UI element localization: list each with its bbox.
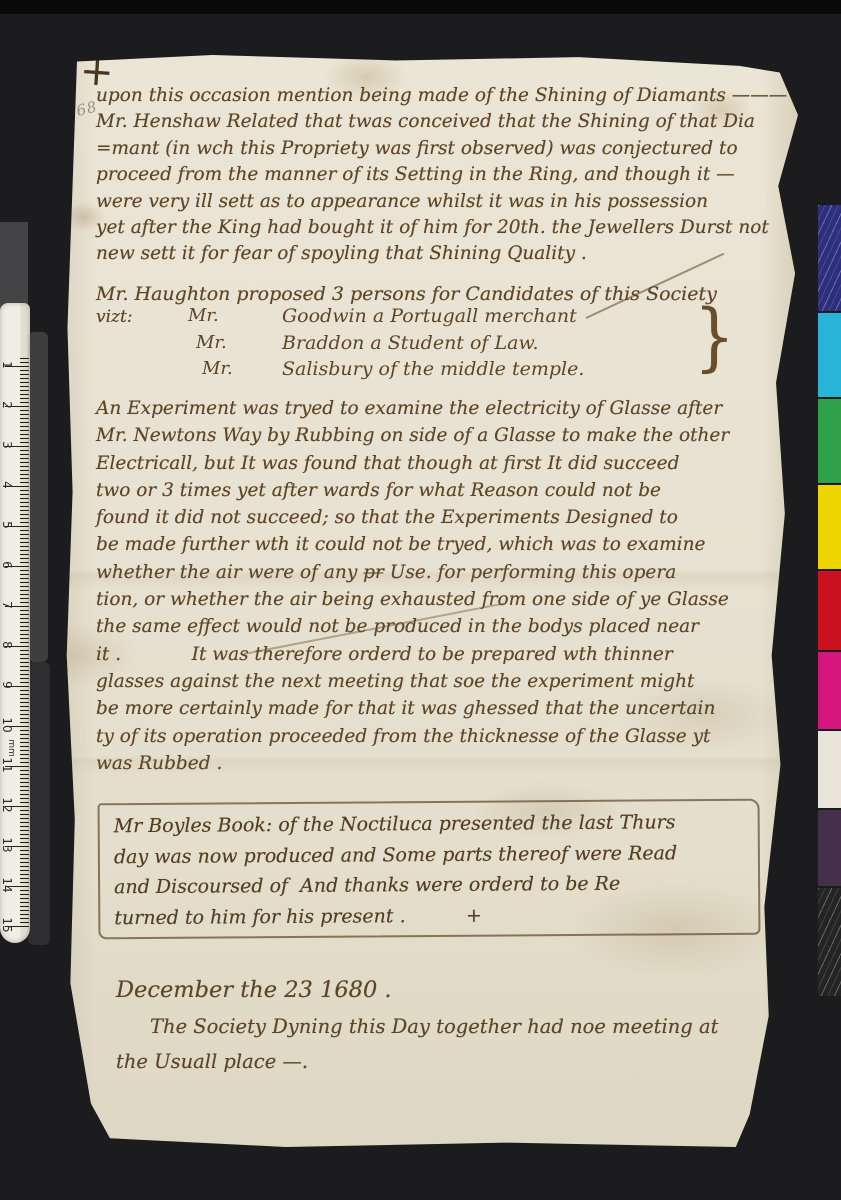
ruler-number: 15 — [0, 916, 14, 934]
ruler-number: 5 — [0, 516, 14, 534]
ruler: mm 123456789101112131415 — [0, 303, 30, 943]
manuscript-line: were very ill sett as to appearance whil… — [96, 189, 787, 215]
ruler-number: 9 — [0, 676, 14, 694]
ruler-number: 3 — [0, 436, 14, 454]
manuscript-line: turned to him for his present . + — [114, 899, 677, 933]
ruler-number: 12 — [0, 796, 14, 814]
candidate-title: Mr. — [202, 358, 233, 379]
manuscript-page: + 468 upon this occasion mention being m… — [66, 55, 798, 1147]
manuscript-line: day was now produced and Some parts ther… — [114, 838, 677, 872]
candidate-name: Salisbury of the middle temple. — [282, 358, 584, 380]
pencil-folio-number: 468 — [64, 97, 99, 122]
manuscript-line: yet after the King had bought it of him … — [96, 215, 787, 241]
paragraph-boyle-book: Mr Boyles Book: of the Noctiluca present… — [114, 807, 678, 933]
candidate-row: Mr. Braddon a Student of Law. — [66, 332, 798, 358]
manuscript-line: found it did not succeed; so that the Ex… — [96, 504, 729, 531]
ruler-number: 2 — [0, 396, 14, 414]
ruler-number: 14 — [0, 876, 14, 894]
color-patch-navy-blue — [818, 205, 841, 311]
boxed-note: Mr Boyles Book: of the Noctiluca present… — [98, 799, 761, 940]
ruler-number: 8 — [0, 636, 14, 654]
ruler-number: 10 — [0, 716, 14, 734]
color-patch-yellow — [818, 485, 841, 569]
color-patch-magenta — [818, 652, 841, 729]
color-patch-cyan — [818, 313, 841, 397]
manuscript-line: Electricall, but It was found that thoug… — [96, 450, 729, 477]
manuscript-line: and Discoursed of And thanks were orderd… — [114, 868, 677, 902]
glare-strip — [28, 662, 50, 945]
manuscript-line: An Experiment was tryed to examine the e… — [96, 395, 729, 422]
color-patch-scratched-black — [818, 888, 841, 996]
candidates-brace: } — [694, 295, 735, 380]
manuscript-line: upon this occasion mention being made of… — [96, 83, 787, 109]
date-entry-line: The Society Dyning this Day together had… — [150, 1015, 718, 1038]
paragraph-electricity-experiment: An Experiment was tryed to examine the e… — [96, 395, 729, 777]
ruler-number: 13 — [0, 836, 14, 854]
manuscript-line: tion, or whether the air being exhausted… — [96, 586, 729, 613]
manuscript-line: Mr. Henshaw Related that twas conceived … — [96, 109, 787, 135]
ruler-number: 11 — [0, 756, 14, 774]
manuscript-line: be more certainly made for that it was g… — [96, 695, 729, 722]
color-chart — [818, 205, 841, 996]
ruler-number: 1 — [0, 356, 14, 374]
manuscript-line: two or 3 times yet after wards for what … — [96, 477, 729, 504]
candidate-name: Braddon a Student of Law. — [282, 332, 539, 354]
date-entry-line: the Usuall place —. — [116, 1050, 308, 1073]
glare-strip — [28, 332, 48, 662]
manuscript-line: be made further wth it could not be trye… — [96, 531, 729, 558]
ruler-number: 4 — [0, 476, 14, 494]
candidate-name: Goodwin a Portugall merchant — [282, 305, 577, 327]
manuscript-line: new sett it for fear of spoyling that Sh… — [96, 241, 787, 267]
top-shadow-band — [0, 0, 841, 14]
color-patch-green — [818, 399, 841, 483]
paragraph-diamond-shining: upon this occasion mention being made of… — [96, 83, 787, 268]
manuscript-line: glasses against the next meeting that so… — [96, 668, 729, 695]
manuscript-line: Mr Boyles Book: of the Noctiluca present… — [114, 807, 677, 841]
candidate-row: Mr. Goodwin a Portugall merchant — [66, 305, 798, 331]
candidate-title: Mr. — [188, 305, 219, 326]
manuscript-line: it . It was therefore orderd to be prepa… — [96, 641, 729, 668]
color-patch-dark-purple — [818, 810, 841, 886]
paragraph-candidates-intro: Mr. Haughton proposed 3 persons for Cand… — [96, 283, 717, 305]
candidate-title: Mr. — [196, 332, 227, 353]
ruler-number: 7 — [0, 596, 14, 614]
manuscript-line: ty of its operation proceeded from the t… — [96, 723, 729, 750]
candidate-row: Mr. Salisbury of the middle temple. — [66, 358, 798, 384]
manuscript-line: =mant (in wch this Propriety was first o… — [96, 136, 787, 162]
manuscript-line: proceed from the manner of its Setting i… — [96, 162, 787, 188]
manuscript-line: whether the air were of any p̶r̶ Use. fo… — [96, 559, 729, 586]
ruler-number: 6 — [0, 556, 14, 574]
date-heading: December the 23 1680 . — [116, 977, 392, 1003]
manuscript-line: was Rubbed . — [96, 750, 729, 777]
manuscript-line: the same effect would not be produced in… — [96, 613, 729, 640]
color-patch-red — [818, 571, 841, 650]
color-patch-off-white — [818, 731, 841, 808]
ruler-unit-label: mm — [6, 739, 16, 757]
manuscript-line: Mr. Newtons Way by Rubbing on side of a … — [96, 422, 729, 449]
photo-background: mm 123456789101112131415 + 468 upon this… — [0, 0, 841, 1200]
